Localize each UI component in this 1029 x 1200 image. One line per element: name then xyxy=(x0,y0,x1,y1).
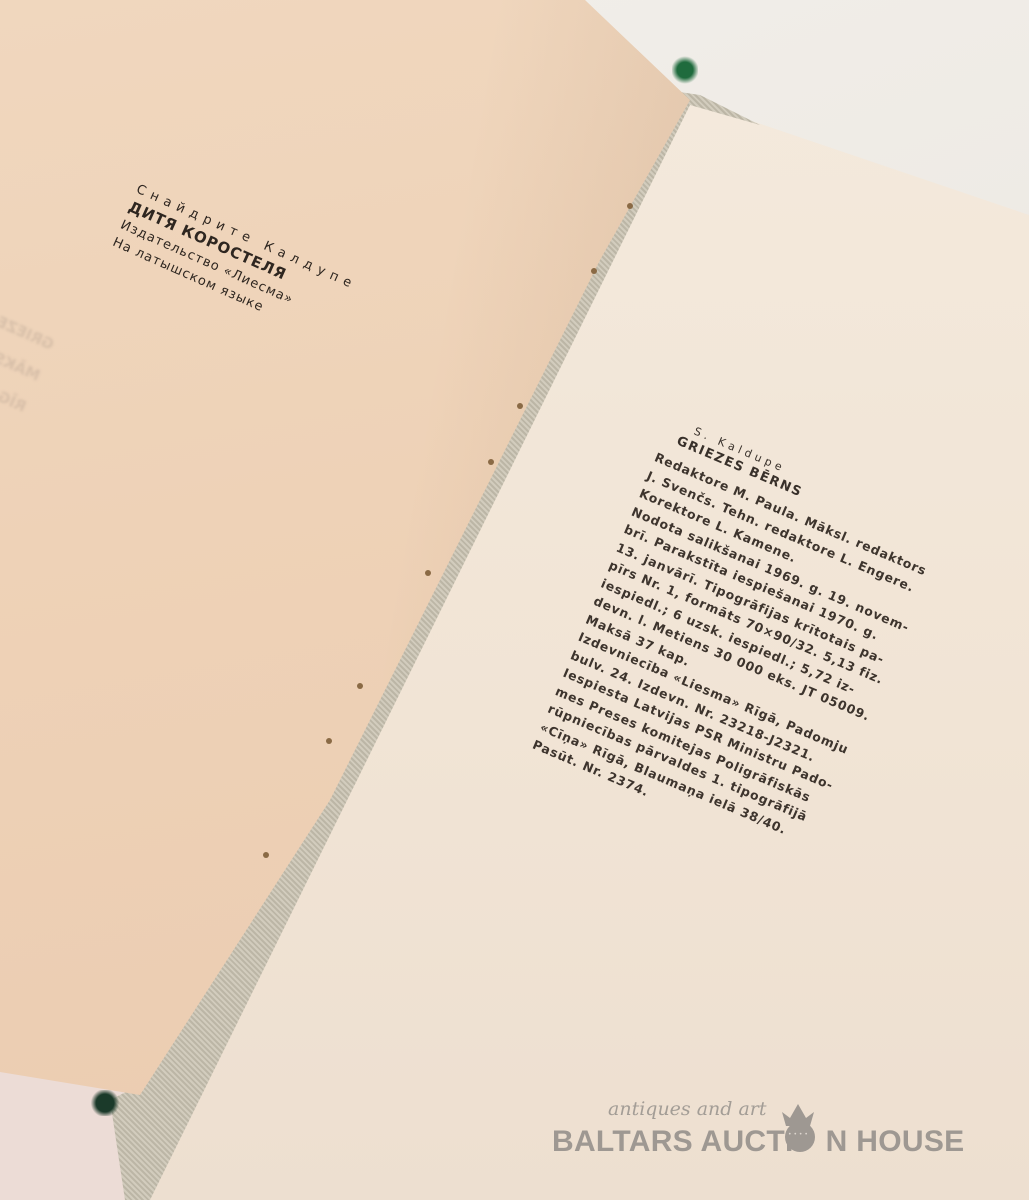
stitch-hole-icon xyxy=(488,459,494,465)
binding-thread-top-icon xyxy=(672,55,698,85)
binding-thread-bottom-icon xyxy=(90,1090,120,1116)
auction-house-watermark: antiques and art BALTARS AUCTIN HOUSE xyxy=(552,1098,952,1168)
book-photo: GRIEZES BĒRNS MĀKSLINIEKS RĪGA «LIESMA» … xyxy=(0,0,1029,1200)
stitch-hole-icon xyxy=(326,738,332,744)
stitch-hole-icon xyxy=(357,683,363,689)
coin-icon xyxy=(785,1122,815,1152)
watermark-name: BALTARS AUCTIN HOUSE xyxy=(552,1125,964,1159)
stitch-hole-icon xyxy=(627,203,633,209)
stitch-hole-icon xyxy=(517,403,523,409)
stitch-hole-icon xyxy=(425,570,431,576)
stitch-hole-icon xyxy=(591,268,597,274)
watermark-tagline: antiques and art xyxy=(608,1098,767,1120)
stitch-hole-icon xyxy=(263,852,269,858)
